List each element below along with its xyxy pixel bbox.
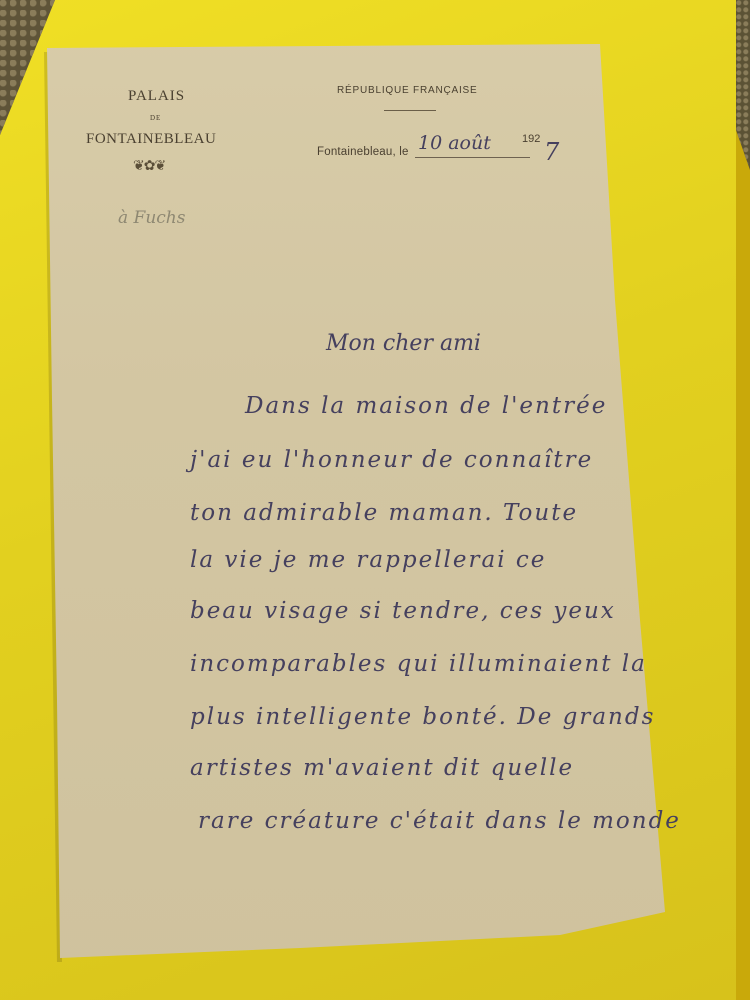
letter-line: ton admirable maman. Toute bbox=[190, 500, 578, 526]
letterhead-rule bbox=[384, 110, 436, 111]
letter-line: rare créature c'était dans le monde bbox=[198, 808, 681, 834]
salutation: Mon cher ami bbox=[326, 331, 481, 356]
dateline-prefix: Fontainebleau, le bbox=[317, 146, 409, 158]
letter-line: plus intelligente bonté. De grands bbox=[190, 704, 655, 730]
letter-line: incomparables qui illuminaient la bbox=[190, 651, 647, 677]
letter-line: beau visage si tendre, ces yeux bbox=[190, 598, 616, 624]
fleuron-ornament-icon: ❦✿❦ bbox=[133, 158, 165, 175]
letter-line: la vie je me rappellerai ce bbox=[190, 547, 546, 573]
letterhead-fontainebleau: FONTAINEBLEAU bbox=[86, 131, 216, 148]
handwritten-date: 10 août bbox=[418, 132, 491, 154]
letter-line: artistes m'avaient dit quelle bbox=[190, 755, 574, 781]
letterhead-palais: PALAIS bbox=[128, 88, 185, 105]
letterhead-republique: RÉPUBLIQUE FRANÇAISE bbox=[337, 85, 477, 96]
date-underline bbox=[415, 157, 530, 158]
printed-year: 192 bbox=[522, 133, 540, 145]
photo-scene: PALAIS DE FONTAINEBLEAU ❦✿❦ RÉPUBLIQUE F… bbox=[0, 0, 750, 1000]
letter-line: j'ai eu l'honneur de connaître bbox=[190, 447, 593, 473]
handwritten-year-digit: 7 bbox=[544, 138, 559, 166]
letter-line: Dans la maison de l'entrée bbox=[245, 393, 607, 419]
pencil-annotation: à Fuchs bbox=[118, 208, 185, 228]
letterhead-de: DE bbox=[150, 114, 161, 122]
